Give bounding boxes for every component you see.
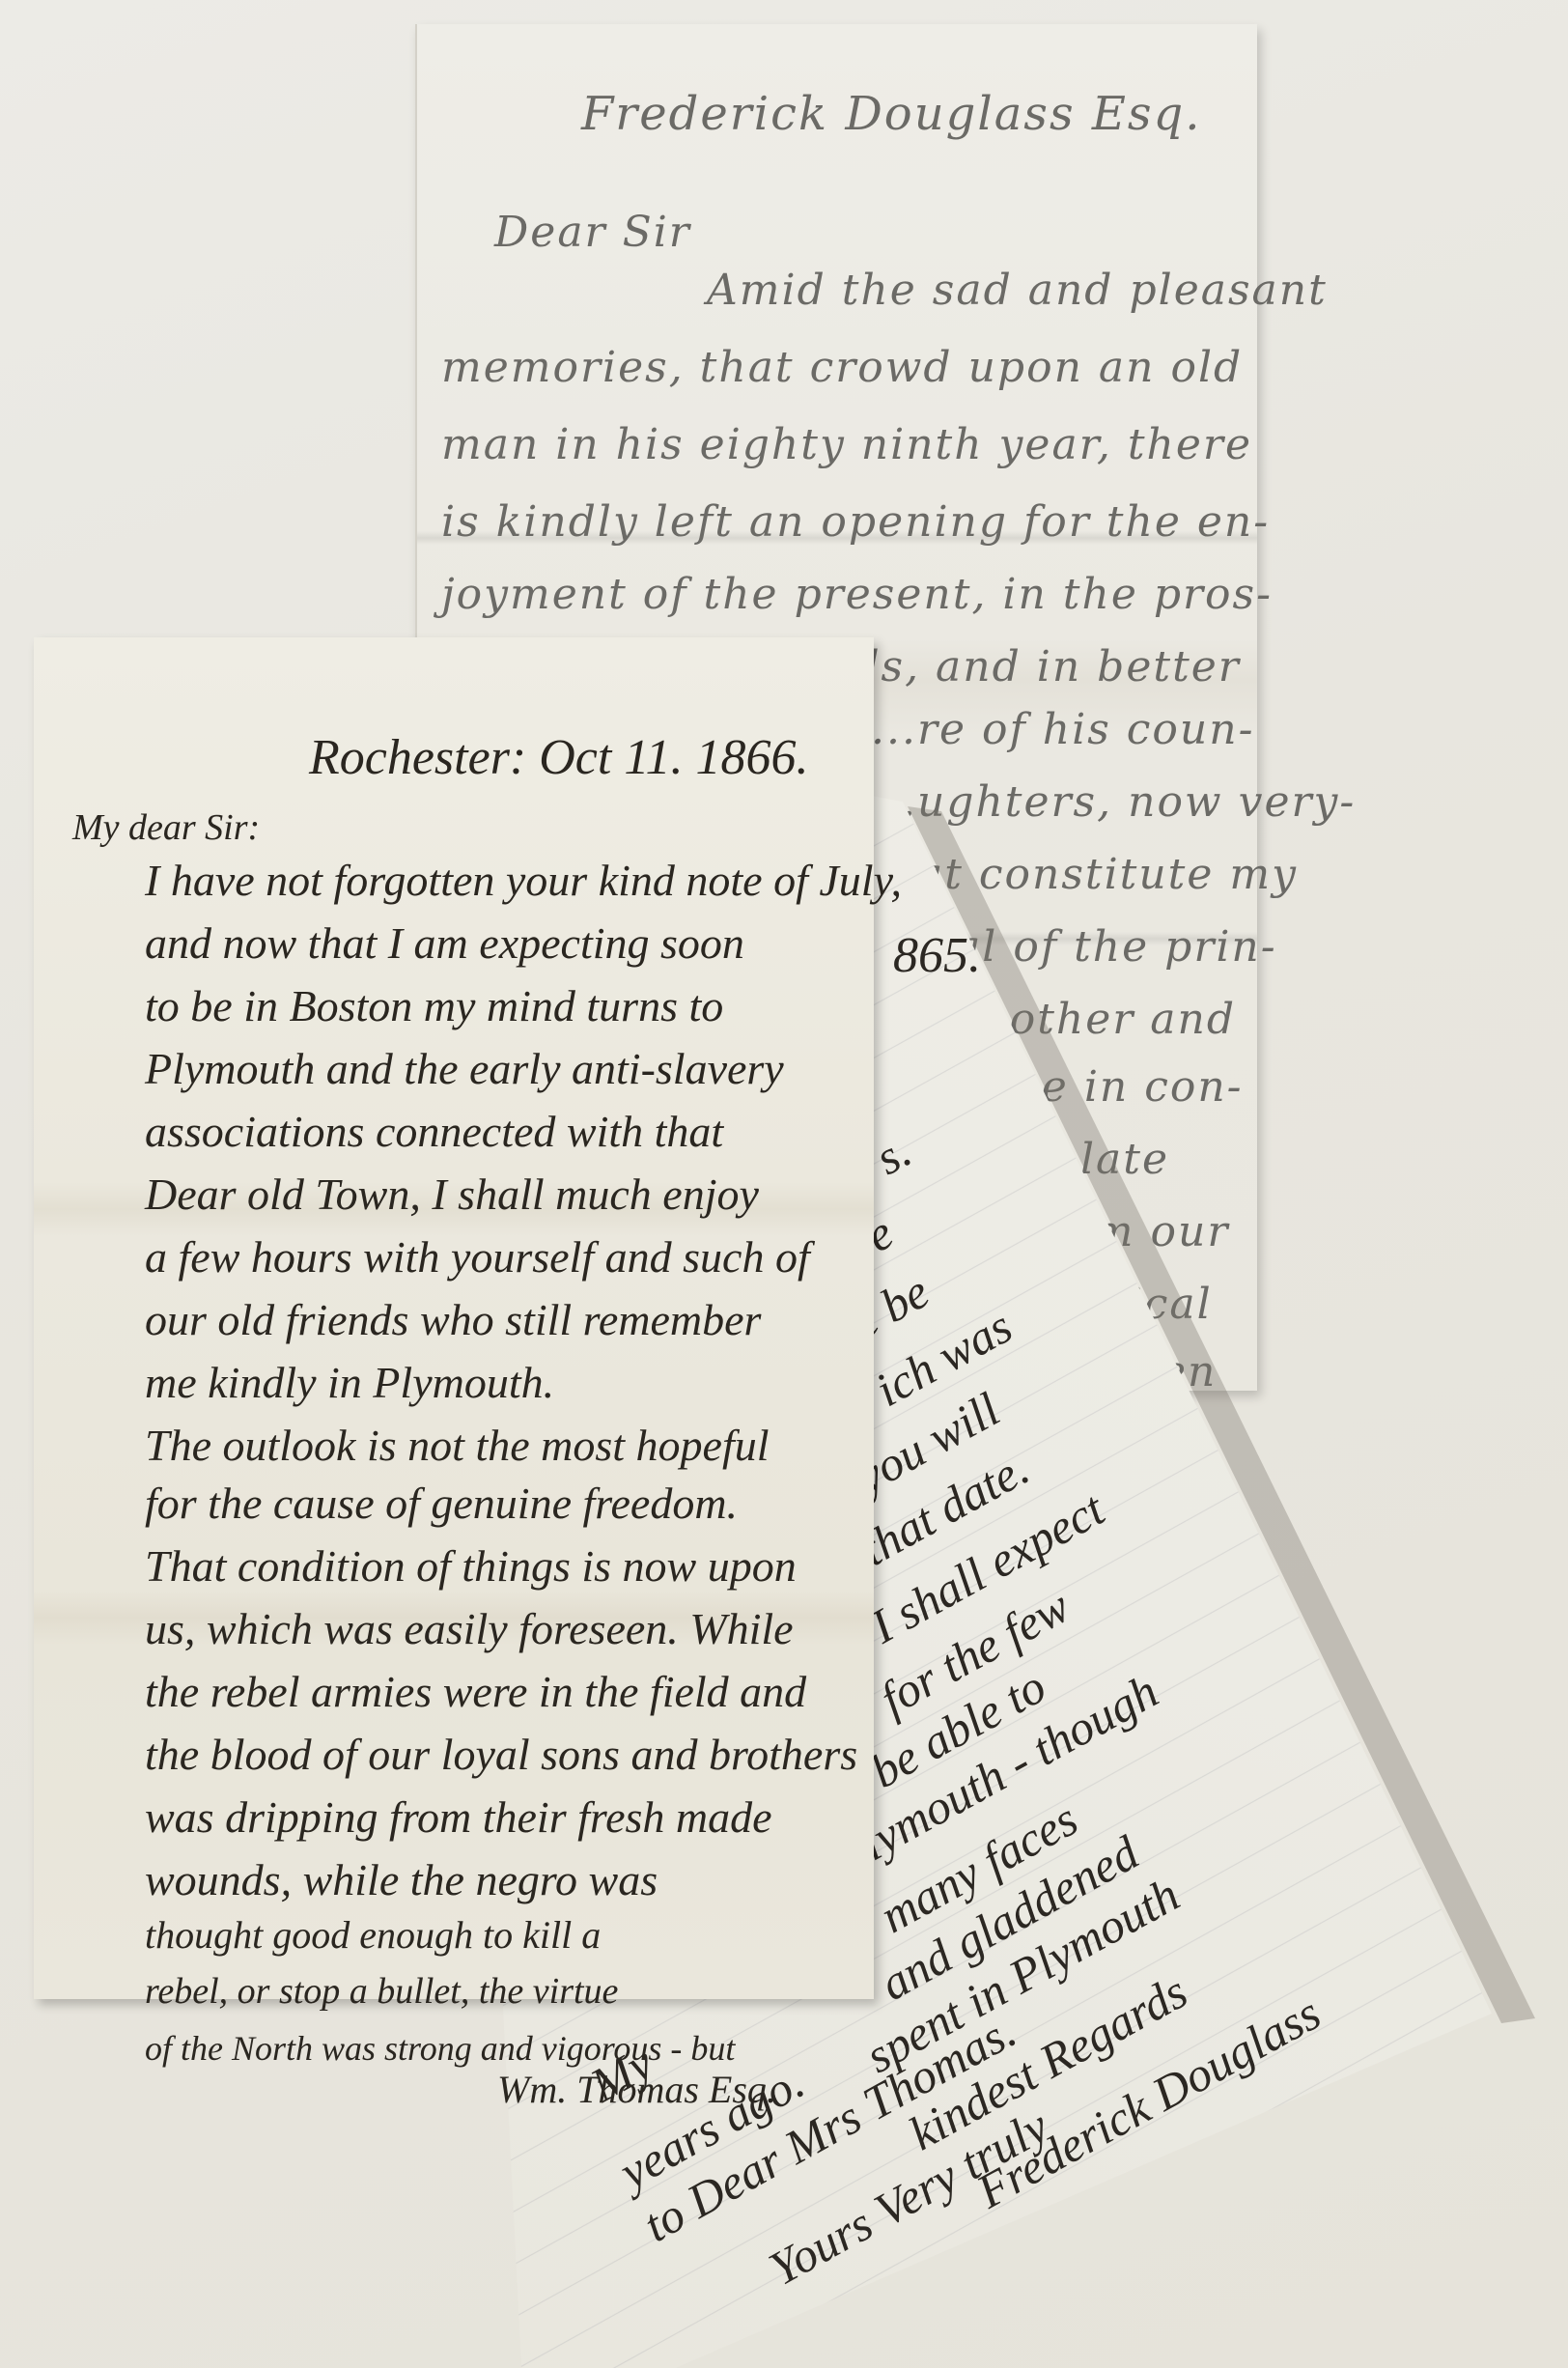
front-letter-line: a few hours with yourself and such of [145, 1231, 810, 1283]
back-letter-salutation: Dear Sir [494, 208, 691, 257]
back-letter-line: is kindly left an opening for the en- [441, 497, 1270, 547]
back-letter-line: man in his eighty ninth year, there [441, 420, 1252, 469]
back-letter-header: Frederick Douglass Esq. [581, 87, 1201, 141]
front-letter-line: was dripping from their fresh made [145, 1791, 772, 1843]
front-letter-line: That condition of things is now upon [145, 1540, 797, 1592]
front-letter-dateline: Rochester: Oct 11. 1866. [309, 729, 808, 786]
front-letter-line: The outlook is not the most hopeful [145, 1420, 770, 1471]
back-letter-line: memories, that crowd upon an old [441, 343, 1243, 392]
front-letter-line: I have not forgotten your kind note of J… [145, 855, 902, 906]
front-letter-line: to be in Boston my mind turns to [145, 980, 723, 1031]
front-letter-line: Dear old Town, I shall much enjoy [145, 1169, 759, 1220]
front-letter-line: our old friends who still remember [145, 1294, 761, 1345]
back-letter-line: Amid the sad and pleasant [707, 266, 1328, 315]
front-letter-line: and now that I am expecting soon [145, 917, 744, 969]
front-letter-line: rebel, or stop a bullet, the virtue [145, 1970, 618, 2013]
middle-letter-line: s. [866, 1122, 920, 1186]
front-letter-salutation: My dear Sir: [72, 806, 260, 849]
front-letter-line: of the North was strong and vigorous - b… [145, 2028, 735, 2069]
front-letter-line: wounds, while the negro was [145, 1854, 658, 1905]
front-letter-line: for the cause of genuine freedom. [145, 1478, 738, 1529]
front-letter-addressee: Wm. Thomas Esq. [497, 2067, 776, 2112]
front-letter-sheet: Rochester: Oct 11. 1866. My dear Sir: I … [34, 637, 874, 1999]
front-letter-line: the rebel armies were in the field and [145, 1666, 806, 1717]
front-letter-line: the blood of our loyal sons and brothers [145, 1729, 857, 1780]
front-letter-line: Plymouth and the early anti-slavery [145, 1043, 784, 1094]
back-letter-line: ...re of his coun- [871, 705, 1254, 754]
front-letter-line: me kindly in Plymouth. [145, 1357, 554, 1408]
front-letter-line: thought good enough to kill a [145, 1912, 601, 1958]
back-letter-line: joyment of the present, in the pros- [441, 570, 1273, 619]
middle-letter-date: 865. [893, 927, 981, 984]
front-letter-line: associations connected with that [145, 1106, 723, 1157]
front-letter-line: us, which was easily foreseen. While [145, 1603, 794, 1654]
